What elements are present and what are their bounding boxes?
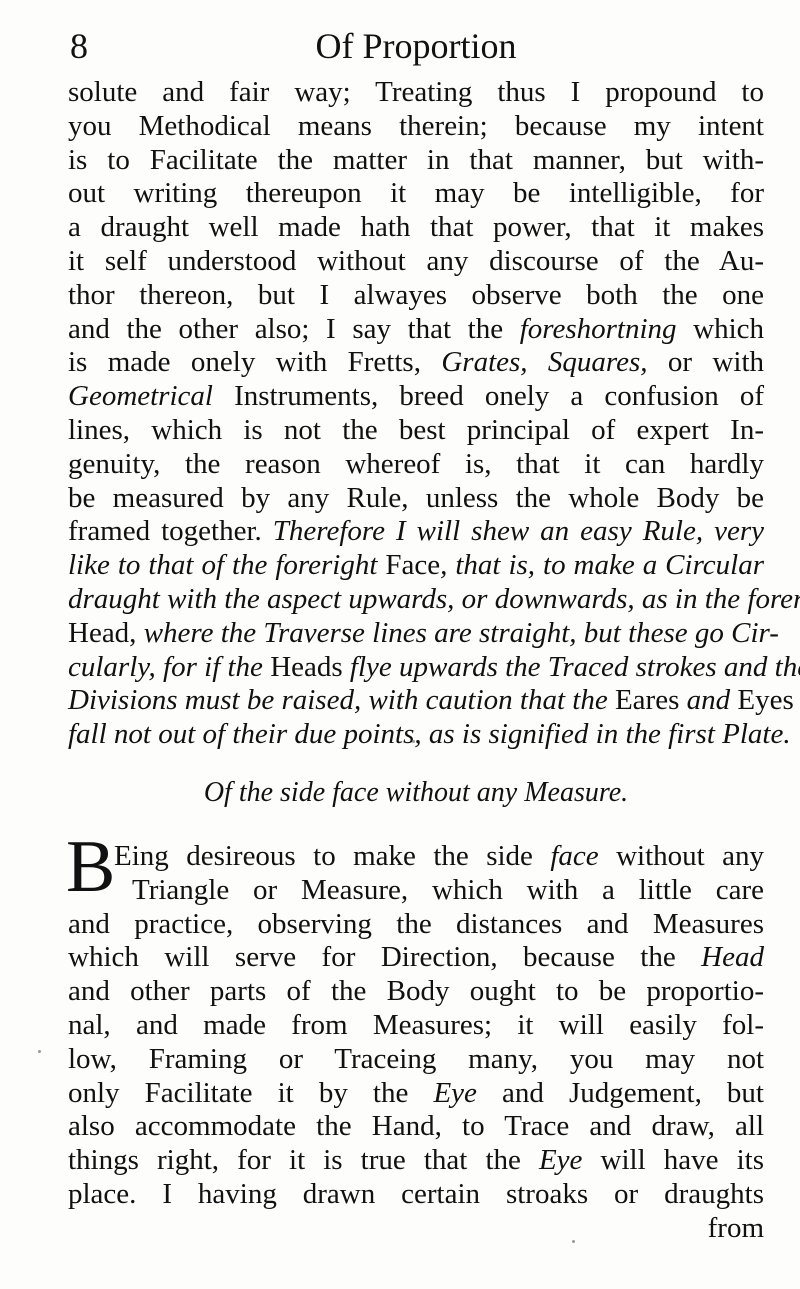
catchword-line: from bbox=[68, 1212, 764, 1246]
roman-run: is to Facilitate the matter in that mann… bbox=[68, 144, 764, 176]
section-heading: Of the side face without any Measure. bbox=[68, 776, 764, 810]
roman-run: which bbox=[677, 313, 764, 345]
italic-run: and bbox=[687, 684, 731, 716]
text-line: solute and fair way; Treating thus I pro… bbox=[68, 76, 764, 110]
roman-run: Face bbox=[377, 549, 440, 581]
roman-run: Eyes bbox=[730, 684, 794, 716]
text-line: and other parts of the Body ought to be … bbox=[68, 975, 764, 1009]
text-line: Geometrical Instruments, breed onely a c… bbox=[68, 380, 764, 414]
page-header: 8 Of Proportion bbox=[68, 20, 764, 70]
roman-run: you Methodical means therein; because my… bbox=[68, 110, 764, 142]
italic-run: , that is, to make a Circular bbox=[440, 549, 764, 581]
roman-run: Heads bbox=[263, 651, 350, 683]
italic-run: flye upwards the Traced strokes and the bbox=[350, 651, 800, 683]
text-line: you Methodical means therein; because my… bbox=[68, 110, 764, 144]
roman-run: genuity, the reason whereof is, that it … bbox=[68, 448, 764, 480]
roman-run: which will serve for Direction, because … bbox=[68, 941, 701, 973]
roman-run: will have its bbox=[582, 1144, 764, 1176]
catchword: from bbox=[68, 1212, 764, 1246]
roman-run: things right, for it is true that the bbox=[68, 1144, 539, 1176]
italic-run: Divisions must be raised, with caution t… bbox=[68, 684, 608, 716]
italic-run: Eye bbox=[539, 1144, 582, 1176]
italic-run: face bbox=[550, 840, 598, 872]
roman-run: and other parts of the Body ought to be … bbox=[68, 975, 764, 1007]
italic-run: Grates, Squares, bbox=[441, 346, 647, 378]
text-line: framed together. Therefore I will shew a… bbox=[68, 515, 764, 549]
text-line: cularly, for if the Heads flye upwards t… bbox=[68, 651, 764, 685]
roman-run: Head, bbox=[68, 617, 144, 649]
italic-run: Eye bbox=[433, 1077, 476, 1109]
text-line: genuity, the reason whereof is, that it … bbox=[68, 448, 764, 482]
roman-run: it self understood without any discourse… bbox=[68, 245, 764, 277]
text-line: Eing desireous to make the side face wit… bbox=[68, 840, 764, 874]
text-line: nal, and made from Measures; it will eas… bbox=[68, 1009, 764, 1043]
text-line: which will serve for Direction, because … bbox=[68, 941, 764, 975]
roman-run: and practice, observing the distances an… bbox=[68, 908, 764, 940]
italic-run: fall not out of their due points, as is … bbox=[68, 718, 791, 750]
roman-run: Triangle or Measure, which with a little… bbox=[132, 874, 764, 906]
roman-run: or with bbox=[648, 346, 764, 378]
text-line: Triangle or Measure, which with a little… bbox=[68, 874, 764, 908]
roman-run: Instruments, breed onely a confusion of bbox=[213, 380, 764, 412]
italic-run: where the Traverse lines are straight, b… bbox=[144, 617, 779, 649]
text-line: thor thereon, but I alwayes observe both… bbox=[68, 279, 764, 313]
text-line: a draught well made hath that power, tha… bbox=[68, 211, 764, 245]
book-page: 8 Of Proportion solute and fair way; Tre… bbox=[0, 0, 800, 1289]
roman-run: also accommodate the Hand, to Trace and … bbox=[68, 1110, 764, 1142]
italic-run: like to that of the foreright bbox=[68, 549, 377, 581]
roman-run: place. I having drawn certain stroaks or… bbox=[68, 1178, 764, 1210]
roman-run: solute and fair way; Treating thus I pro… bbox=[68, 76, 764, 108]
text-line: like to that of the foreright Face, that… bbox=[68, 549, 764, 583]
roman-run: and the other also; I say that the bbox=[68, 313, 520, 345]
roman-run: Eares bbox=[608, 684, 687, 716]
text-line: out writing thereupon it may be intellig… bbox=[68, 177, 764, 211]
text-line: lines, which is not the best principal o… bbox=[68, 414, 764, 448]
roman-run: thor thereon, but I alwayes observe both… bbox=[68, 279, 764, 311]
italic-run: draught with the aspect upwards, or down… bbox=[68, 583, 800, 615]
roman-run: framed together. bbox=[68, 515, 273, 547]
roman-run: low, Framing or Traceing many, you may n… bbox=[68, 1043, 764, 1075]
text-line: Head, where the Traverse lines are strai… bbox=[68, 617, 764, 651]
paper-speck bbox=[412, 740, 415, 743]
text-line: place. I having drawn certain stroaks or… bbox=[68, 1178, 764, 1212]
italic-run: Head bbox=[701, 941, 764, 973]
text-line: also accommodate the Hand, to Trace and … bbox=[68, 1110, 764, 1144]
text-line: be measured by any Rule, unless the whol… bbox=[68, 482, 764, 516]
italic-run: Therefore I will shew an easy Rule, very bbox=[273, 515, 764, 547]
roman-run: a draught well made hath that power, tha… bbox=[68, 211, 764, 243]
paragraph-1: solute and fair way; Treating thus I pro… bbox=[68, 76, 764, 752]
roman-run: be measured by any Rule, unless the whol… bbox=[68, 482, 764, 514]
italic-run: foreshortning bbox=[520, 313, 677, 345]
roman-run: only Facilitate it by the bbox=[68, 1077, 433, 1109]
italic-run: cularly, for if the bbox=[68, 651, 263, 683]
roman-run: is made onely with Fretts, bbox=[68, 346, 441, 378]
text-line: Divisions must be raised, with caution t… bbox=[68, 684, 764, 718]
running-head: Of Proportion bbox=[68, 26, 764, 66]
text-line: is to Facilitate the matter in that mann… bbox=[68, 144, 764, 178]
text-line: and practice, observing the distances an… bbox=[68, 908, 764, 942]
text-line: things right, for it is true that the Ey… bbox=[68, 1144, 764, 1178]
roman-run: out writing thereupon it may be intellig… bbox=[68, 177, 764, 209]
roman-run: Eing desireous to make the side bbox=[114, 840, 550, 872]
roman-run: without any bbox=[599, 840, 764, 872]
text-line: and the other also; I say that the fores… bbox=[68, 313, 764, 347]
text-line: is made onely with Fretts, Grates, Squar… bbox=[68, 346, 764, 380]
text-line: fall not out of their due points, as is … bbox=[68, 718, 764, 752]
roman-run: nal, and made from Measures; it will eas… bbox=[68, 1009, 764, 1041]
text-line: it self understood without any discourse… bbox=[68, 245, 764, 279]
paper-speck bbox=[38, 1050, 41, 1053]
text-line: draught with the aspect upwards, or down… bbox=[68, 583, 764, 617]
paper-speck bbox=[572, 1240, 575, 1243]
roman-run: lines, which is not the best principal o… bbox=[68, 414, 764, 446]
paragraph-2: Eing desireous to make the side face wit… bbox=[68, 840, 764, 1212]
italic-run: Geometrical bbox=[68, 380, 213, 412]
text-line: only Facilitate it by the Eye and Judgem… bbox=[68, 1077, 764, 1111]
text-line: low, Framing or Traceing many, you may n… bbox=[68, 1043, 764, 1077]
roman-run: and Judgement, but bbox=[477, 1077, 764, 1109]
